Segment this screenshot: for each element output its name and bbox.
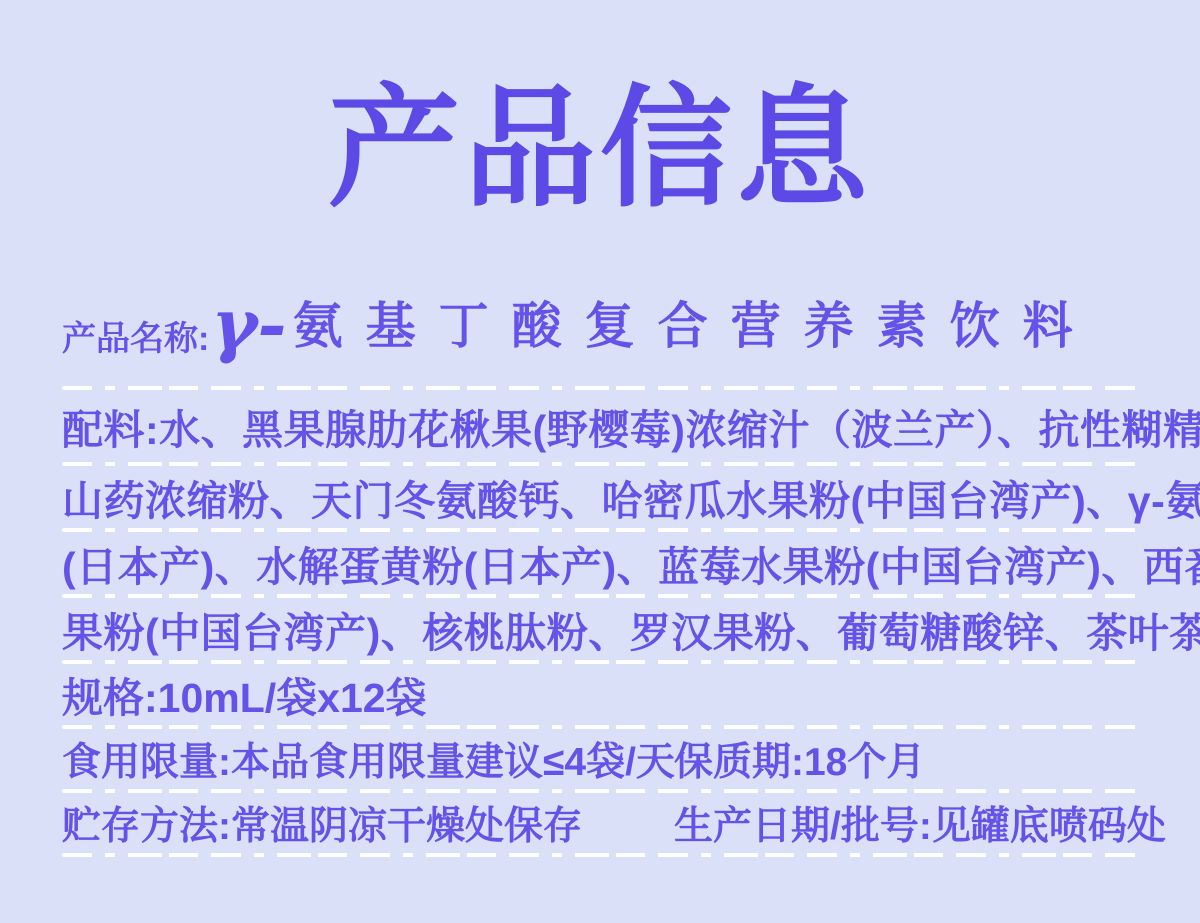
ingredients-line: 配料:水、黑果腺肋花楸果(野樱莓)浓缩汁（波兰产）、抗性糊精(法国产)、 [62, 390, 1138, 462]
gamma-prefix: γ- [211, 283, 286, 366]
product-info-sheet: 产品名称: γ- 氨基丁酸复合营养素饮料 配料:水、黑果腺肋花楸果(野樱莓)浓缩… [62, 240, 1138, 857]
dashed-divider [62, 853, 1138, 857]
storage-production-row: 贮存方法:常温阴凉干燥处保存 生产日期/批号:见罐底喷码处 [62, 793, 1138, 853]
usage-shelf-row: 食用限量:本品食用限量建议≤4袋/天 保质期:18个月 [62, 729, 1138, 789]
storage-method: 贮存方法:常温阴凉干燥处保存 [62, 795, 674, 851]
spec-row: 规格:10mL/袋x12袋 [62, 664, 1138, 725]
page-title: 产品信息 [0, 58, 1200, 240]
product-name-row: 产品名称: γ- 氨基丁酸复合营养素饮料 [62, 240, 1138, 386]
ingredients-line: (日本产)、水解蛋黄粉(日本产)、蓝莓水果粉(中国台湾产)、西番莲水 [62, 532, 1138, 594]
usage-limit: 食用限量:本品食用限量建议≤4袋/天 [62, 731, 674, 787]
ingredients-line: 山药浓缩粉、天门冬氨酸钙、哈密瓜水果粉(中国台湾产)、γ-氨基丁酸 [62, 466, 1138, 528]
ingredients-line: 果粉(中国台湾产)、核桃肽粉、罗汉果粉、葡萄糖酸锌、茶叶茶氨酸 [62, 598, 1138, 660]
shelf-life: 保质期:18个月 [674, 731, 1138, 787]
production-date: 生产日期/批号:见罐底喷码处 [674, 795, 1166, 851]
product-name-value: 氨基丁酸复合营养素饮料 [293, 286, 1096, 366]
product-name-label: 产品名称: [62, 311, 209, 366]
